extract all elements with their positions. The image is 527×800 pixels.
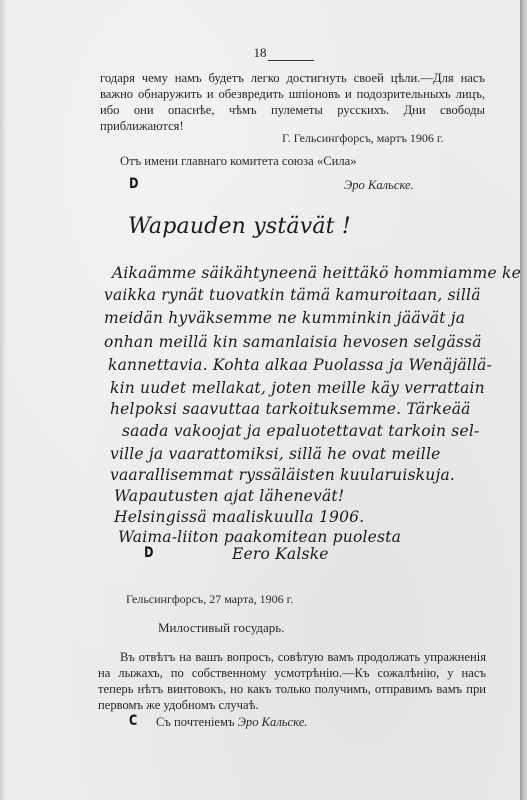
section2-paragraph: Въ отвѣтъ на вашъ вопросъ, совѣтую вамъ … [98,649,486,713]
section1-marker: D [129,176,138,192]
intro-paragraph: годаря чему намъ будетъ легко достигнуть… [100,70,485,134]
page-number-rule [268,60,314,61]
handwritten-signature: Eero Kalske [232,545,329,563]
page-right-edge [520,0,527,800]
handwritten-line: helpoksi saavuttaa tarkoituksemme. Tärke… [110,400,471,418]
handwritten-line: Aikaämme säikähtyneenä heittäkö hommiamm… [112,264,527,282]
section1-signature: Эро Кальске. [344,178,414,193]
handwritten-line: kannettavia. Kohta alkaa Puolassa ja Wen… [108,356,492,374]
section2-date-place: Гельсингфорсъ, 27 марта, 1906 г. [126,592,293,607]
handwritten-line: Helsingissä maaliskuulla 1906. [114,508,364,526]
section2-closing: Съ почтеніемъ [156,715,235,729]
handwritten-line: meidän hyväksemme ne kumminkin jäävät ja [104,309,465,327]
section1-date-place: Г. Гельсингфорсъ, мартъ 1906 г. [282,131,444,146]
scanned-page: 18 годаря чему намъ будетъ легко достигн… [0,0,520,800]
intro-paragraph-text: годаря чему намъ будетъ легко достигнуть… [100,70,485,134]
section2-salutation: Милостивый государь. [158,620,285,636]
handwritten-line: Wapautusten ajat lähenevät! [114,487,344,505]
section2-closing-line: Съ почтеніемъ Эро Кальске. [156,715,307,730]
page-number: 18 [0,45,520,61]
handwritten-line: Waima-liiton paakomitean puolesta [118,528,401,546]
page-left-edge [0,0,6,800]
handwritten-line: kin uudet mellakat, joten meille käy ver… [110,379,485,397]
section2-marker: C [129,713,137,729]
handwritten-line: vaarallisemmat ryssäläisten kuularuiskuj… [110,466,455,484]
handwritten-title: Wapauden ystävät ! [128,214,351,239]
handwritten-line: saada vakoojat ja epaluotettavat tarkoin… [122,422,479,440]
handwritten-line: ville ja vaarattomiksi, sillä he ovat me… [110,445,440,463]
section2-signature: Эро Кальске. [238,715,308,729]
handwritten-line: onhan meillä kin samanlaisia hevosen sel… [104,333,482,351]
handwritten-marker: D [144,545,153,561]
section2-paragraph-text: Въ отвѣтъ на вашъ вопросъ, совѣтую вамъ … [98,649,486,713]
handwritten-line: vaikka rynät tuovatkin tämä kamuroitaan,… [104,286,481,304]
section1-from-line: Отъ имени главнаго комитета союза «Сила» [120,154,357,169]
